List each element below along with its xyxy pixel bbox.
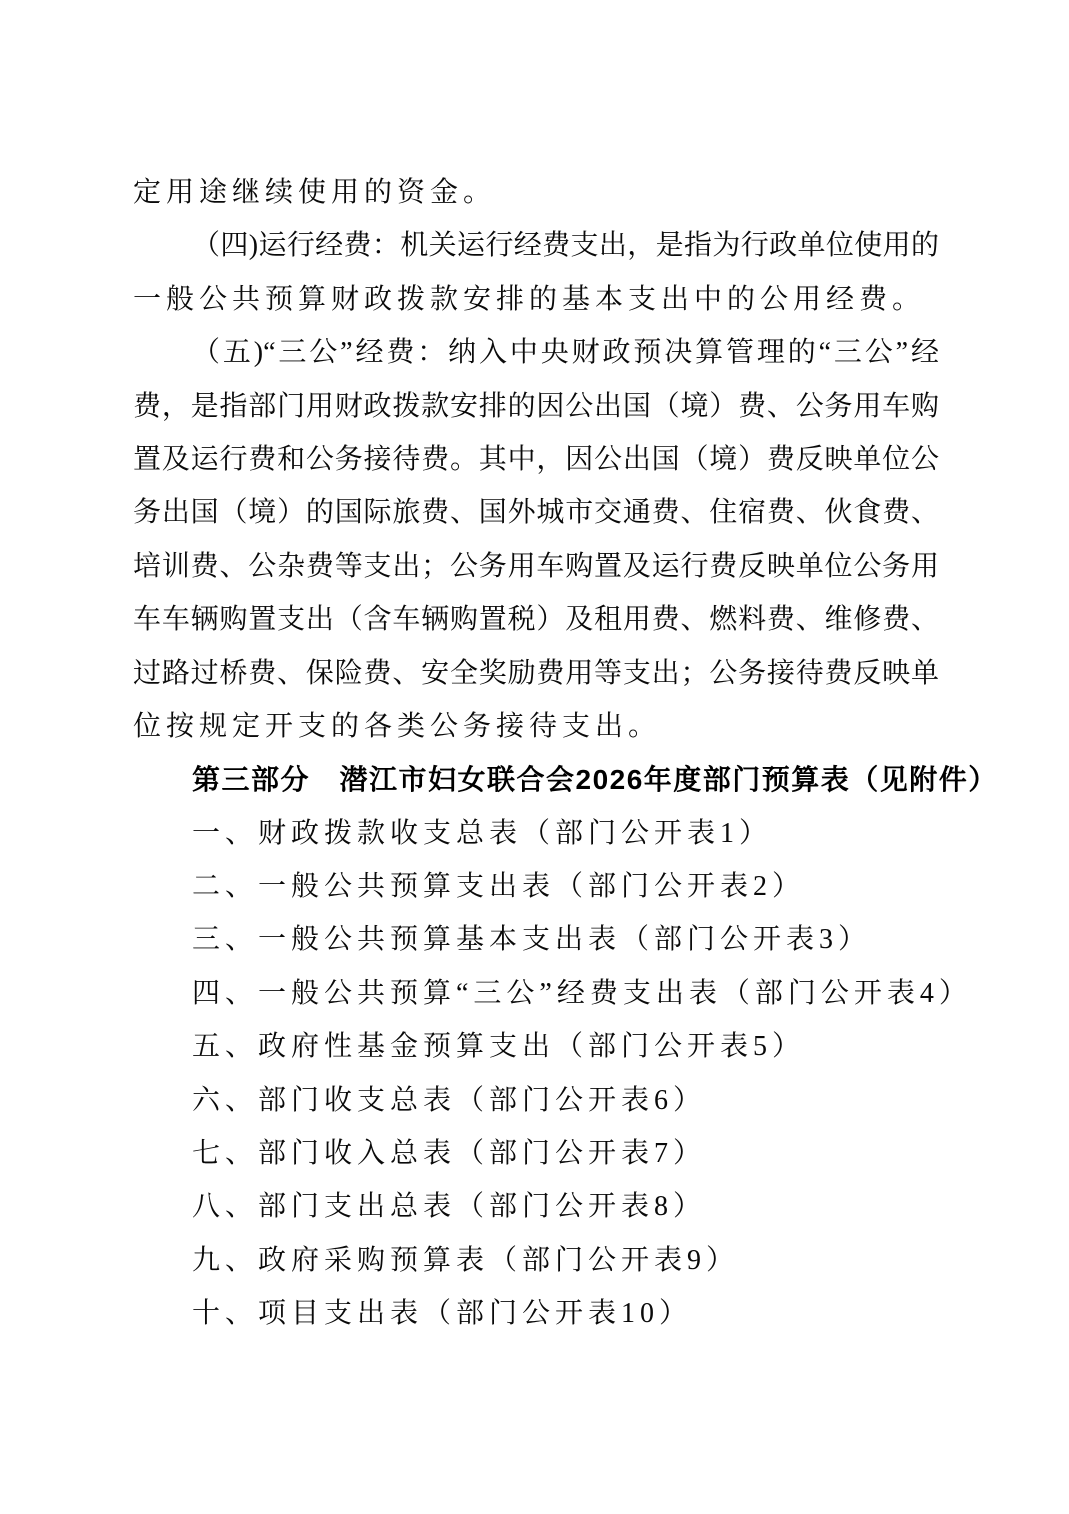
paragraph-line: 一般公共预算财政拨款安排的基本支出中的公用经费。 [133, 273, 939, 326]
toc-item: 十、项目支出表（部门公开表10） [133, 1287, 939, 1340]
paragraph-line: 费，是指部门用财政拨款安排的因公出国（境）费、公务用车购 [133, 380, 939, 433]
document-body: 定用途继续使用的资金。（四)运行经费：机关运行经费支出，是指为行政单位使用的一般… [133, 166, 939, 1341]
toc-item: 二、一般公共预算支出表（部门公开表2） [133, 860, 939, 913]
paragraph-line: 务出国（境）的国际旅费、国外城市交通费、住宿费、伙食费、 [133, 486, 939, 539]
toc-item: 八、部门支出总表（部门公开表8） [133, 1180, 939, 1233]
paragraph-first-line: （五)“三公”经费：纳入中央财政预决算管理的“三公”经 [133, 326, 939, 379]
toc-item: 七、部门收入总表（部门公开表7） [133, 1127, 939, 1180]
paragraph-line: 过路过桥费、保险费、安全奖励费用等支出；公务接待费反映单 [133, 647, 939, 700]
section-heading: 第三部分 潜江市妇女联合会2026年度部门预算表（见附件） [133, 753, 939, 806]
paragraph-line: 置及运行费和公务接待费。其中，因公出国（境）费反映单位公 [133, 433, 939, 486]
document-page: { "page": { "background": "#ffffff", "te… [0, 0, 1069, 1514]
paragraph-first-line: （四)运行经费：机关运行经费支出，是指为行政单位使用的 [133, 219, 939, 272]
toc-item: 三、一般公共预算基本支出表（部门公开表3） [133, 913, 939, 966]
paragraph-line: 车车辆购置支出（含车辆购置税）及租用费、燃料费、维修费、 [133, 593, 939, 646]
toc-item: 九、政府采购预算表（部门公开表9） [133, 1234, 939, 1287]
toc-item: 五、政府性基金预算支出（部门公开表5） [133, 1020, 939, 1073]
toc-item: 六、部门收支总表（部门公开表6） [133, 1074, 939, 1127]
toc-item: 四、一般公共预算“三公”经费支出表（部门公开表4） [133, 967, 939, 1020]
paragraph-line: 定用途继续使用的资金。 [133, 166, 939, 219]
paragraph-line: 培训费、公杂费等支出；公务用车购置及运行费反映单位公务用 [133, 540, 939, 593]
toc-item: 一、财政拨款收支总表（部门公开表1） [133, 807, 939, 860]
paragraph-line: 位按规定开支的各类公务接待支出。 [133, 700, 939, 753]
